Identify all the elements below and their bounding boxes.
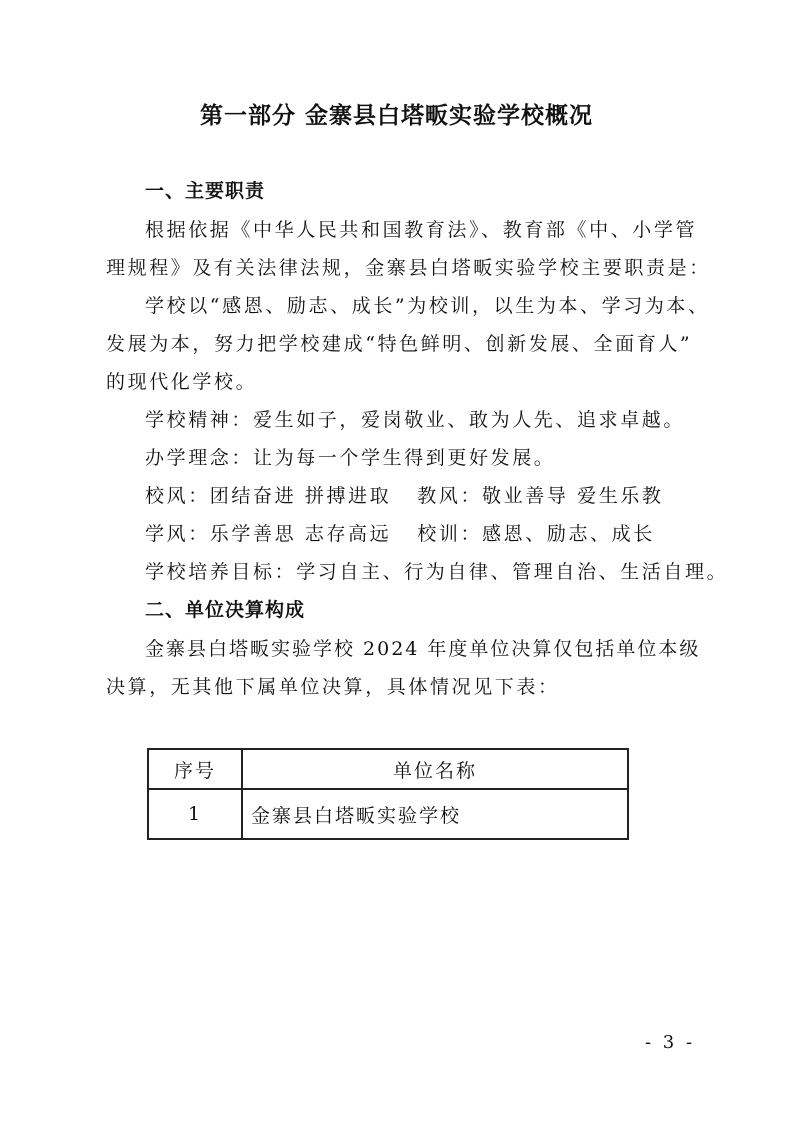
unit-table: 序号 单位名称 1 金寨县白塔畈实验学校 xyxy=(147,748,629,840)
section-heading-unit-composition: 二、单位决算构成 xyxy=(145,595,305,622)
page-number: - 3 - xyxy=(645,1032,695,1053)
paragraph-line: 根据依据《中华人民共和国教育法》、教育部《中、小学管 xyxy=(145,215,697,242)
school-philosophy-line: 办学理念：让为每一个学生得到更好发展。 xyxy=(145,443,555,470)
teaching-style-text: 教风：敬业善导 爱生乐教 xyxy=(417,485,663,507)
paragraph-line: 理规程》及有关法律法规，金寨县白塔畈实验学校主要职责是： xyxy=(106,253,711,280)
school-motto-text: 校训：感恩、励志、成长 xyxy=(417,523,655,545)
cell-unit-name: 金寨县白塔畈实验学校 xyxy=(242,789,628,839)
motto-row-1: 校风：团结奋进 拼搏进取教风：敬业善导 爱生乐教 xyxy=(145,481,664,508)
column-header-unit-name: 单位名称 xyxy=(242,749,628,789)
school-style-text: 校风：团结奋进 拼搏进取 xyxy=(145,485,391,507)
paragraph-line: 发展为本，努力把学校建成“特色鲜明、创新发展、全面育人” xyxy=(106,329,692,356)
motto-row-2: 学风：乐学善思 志存高远校训：感恩、励志、成长 xyxy=(145,519,655,546)
paragraph-line: 的现代化学校。 xyxy=(106,367,257,394)
cell-index: 1 xyxy=(148,789,242,839)
table-row: 1 金寨县白塔畈实验学校 xyxy=(148,789,628,839)
page-title: 第一部分 金寨县白塔畈实验学校概况 xyxy=(0,97,793,130)
column-header-index: 序号 xyxy=(148,749,242,789)
training-goal-line: 学校培养目标：学习自主、行为自律、管理自治、生活自理。 xyxy=(145,557,728,584)
school-spirit-line: 学校精神：爱生如子，爱岗敬业、敢为人先、追求卓越。 xyxy=(145,405,685,432)
paragraph-line: 决算，无其他下属单位决算，具体情况见下表： xyxy=(106,672,560,699)
paragraph-line: 金寨县白塔畈实验学校 2024 年度单位决算仅包括单位本级 xyxy=(145,634,700,661)
study-style-text: 学风：乐学善思 志存高远 xyxy=(145,523,391,545)
section-heading-main-duties: 一、主要职责 xyxy=(145,176,265,203)
table-header-row: 序号 单位名称 xyxy=(148,749,628,789)
paragraph-line: 学校以“感恩、励志、成长”为校训，以生为本、学习为本、 xyxy=(145,291,710,318)
